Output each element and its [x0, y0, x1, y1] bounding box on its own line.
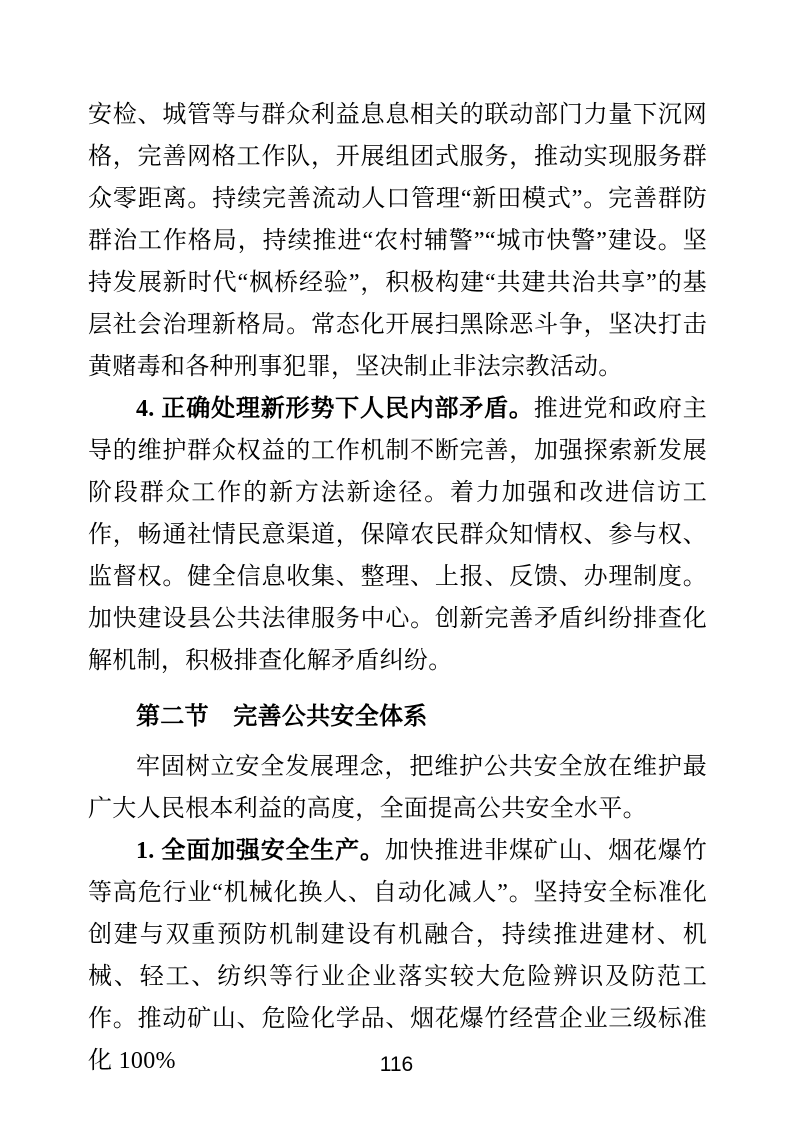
paragraph-item-1-body: 加快推进非煤矿山、烟花爆竹等高危行业“机械化换人、自动化减人”。坚持安全标准化创…: [88, 838, 707, 1074]
page-number: 116: [0, 1050, 793, 1080]
paragraph-item-4-lead: 4. 正确处理新形势下人民内部矛盾。: [136, 396, 534, 422]
document-page: 安检、城管等与群众利益息息相关的联动部门力量下沉网格，完善网格工作队，开展组团式…: [0, 0, 793, 1122]
paragraph-item-4-body: 推进党和政府主导的维护群众权益的工作机制不断完善，加强探索新发展阶段群众工作的新…: [88, 396, 707, 674]
paragraph-item-1: 1. 全面加强安全生产。加快推进非煤矿山、烟花爆竹等高危行业“机械化换人、自动化…: [88, 830, 707, 1082]
section-heading: 第二节 完善公共安全体系: [88, 696, 707, 738]
paragraph-item-4: 4. 正确处理新形势下人民内部矛盾。推进党和政府主导的维护群众权益的工作机制不断…: [88, 388, 707, 682]
paragraph-section-intro: 牢固树立安全发展理念，把维护公共安全放在维护最广大人民根本利益的高度，全面提高公…: [88, 746, 707, 830]
text-block: 安检、城管等与群众利益息息相关的联动部门力量下沉网格，完善网格工作队，开展组团式…: [88, 94, 707, 1082]
paragraph-item-1-lead: 1. 全面加强安全生产。: [136, 838, 385, 864]
paragraph-continuation: 安检、城管等与群众利益息息相关的联动部门力量下沉网格，完善网格工作队，开展组团式…: [88, 94, 707, 388]
